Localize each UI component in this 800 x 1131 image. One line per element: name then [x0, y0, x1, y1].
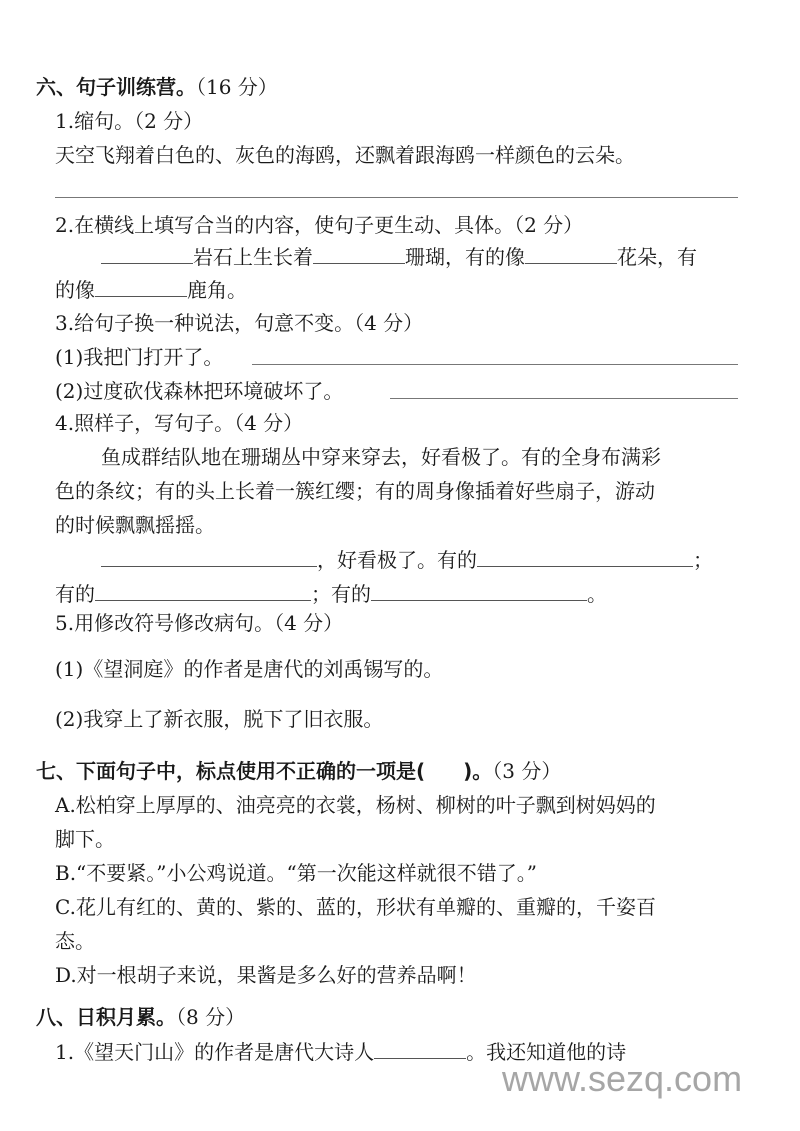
q4-example-line-2: 色的条纹；有的头上长着一簇红缨；有的周身像插着好些扇子，游动 — [55, 478, 655, 504]
option-a-line-1: A.松柏穿上厚厚的、油亮亮的衣裳，杨树、柳树的叶子飘到树妈妈的 — [55, 792, 656, 818]
option-d: D.对一根胡子来说，果酱是多么好的营养品啊！ — [55, 962, 477, 988]
q2-blank-1[interactable] — [101, 243, 193, 264]
q2-blank-2[interactable] — [313, 243, 405, 264]
q4-example-line-1: 鱼成群结队地在珊瑚丛中穿来穿去，好看极了。有的全身布满彩 — [101, 444, 661, 470]
q4-example-line-3: 的时候飘飘摇摇。 — [55, 512, 215, 538]
q4-fill-line-1: ，好看极了。有的； — [55, 546, 713, 573]
q2-blank-3[interactable] — [525, 243, 617, 264]
q2-blank-4[interactable] — [95, 276, 187, 297]
option-a-line-2: 脚下。 — [55, 826, 115, 852]
q2-text-4: 的像 — [55, 278, 95, 302]
q1-answer-line[interactable] — [55, 197, 738, 198]
option-c-line-1: C.花儿有红的、黄的、紫的、蓝的，形状有单瓣的、重瓣的，千姿百 — [55, 894, 656, 920]
q4-blank-1[interactable] — [101, 546, 317, 567]
q3-item-1: (1)我把门打开了。 — [55, 344, 223, 370]
section-7-title-end: )。 — [463, 759, 492, 783]
q4-fill-text-1: ，好看极了。有的 — [317, 548, 477, 572]
section-8-heading: 八、日积月累。（8 分） — [36, 1004, 245, 1030]
q4-fill-text-4: ；有的 — [311, 582, 371, 606]
section-8-q1-text: 1.《望天门山》的作者是唐代大诗人 — [55, 1040, 374, 1064]
option-b: B.“不要紧。”小公鸡说道。“第一次能这样就很不错了。” — [55, 860, 537, 886]
q2-line1: 岩石上生长着珊瑚，有的像花朵，有 — [55, 243, 697, 270]
q5-label: 5.用修改符号修改病句。（4 分） — [55, 610, 343, 636]
q4-label: 4.照样子，写句子。（4 分） — [55, 410, 303, 436]
section-6-points: （16 分） — [196, 75, 278, 99]
q1-label: 1.缩句。（2 分） — [55, 108, 203, 134]
section-8-title: 八、日积月累。 — [36, 1005, 176, 1029]
section-7-points: （3 分） — [492, 759, 561, 783]
q2-text-3: 花朵，有 — [617, 245, 697, 269]
q1-sentence: 天空飞翔着白色的、灰色的海鸥，还飘着跟海鸥一样颜色的云朵。 — [55, 142, 635, 168]
q5-item-2: (2)我穿上了新衣服，脱下了旧衣服。 — [55, 706, 383, 732]
section-6-title: 六、句子训练营。 — [36, 75, 196, 99]
q4-blank-3[interactable] — [95, 580, 311, 601]
q2-line2: 的像鹿角。 — [55, 276, 247, 303]
q2-text-5: 鹿角。 — [187, 278, 247, 302]
q4-blank-2[interactable] — [477, 546, 693, 567]
section-8-q1-blank[interactable] — [374, 1038, 466, 1059]
q4-fill-line-2: 有的；有的。 — [55, 580, 607, 607]
q2-text-1: 岩石上生长着 — [193, 245, 313, 269]
section-6-heading: 六、句子训练营。（16 分） — [36, 74, 278, 100]
option-c-line-2: 态。 — [55, 928, 95, 954]
q4-fill-text-3: 有的 — [55, 582, 95, 606]
q4-blank-4[interactable] — [371, 580, 587, 601]
q4-fill-text-2: ； — [693, 548, 713, 572]
q3-label: 3.给句子换一种说法，句意不变。（4 分） — [55, 310, 423, 336]
q3-answer-line-2[interactable] — [390, 398, 738, 399]
q3-item-2: (2)过度砍伐森林把环境破坏了。 — [55, 378, 343, 404]
section-8-points: （8 分） — [176, 1005, 245, 1029]
q2-text-2: 珊瑚，有的像 — [405, 245, 525, 269]
section-7-title: 七、下面句子中，标点使用不正确的一项是( — [36, 759, 425, 783]
q3-answer-line-1[interactable] — [252, 364, 738, 365]
section-7-heading: 七、下面句子中，标点使用不正确的一项是()。（3 分） — [36, 758, 561, 784]
q4-fill-text-5: 。 — [587, 582, 607, 606]
q2-label: 2.在横线上填写合当的内容，使句子更生动、具体。（2 分） — [55, 212, 583, 238]
watermark: www.sezq.com — [502, 1058, 742, 1100]
q5-item-1: (1)《望洞庭》的作者是唐代的刘禹锡写的。 — [55, 656, 443, 682]
